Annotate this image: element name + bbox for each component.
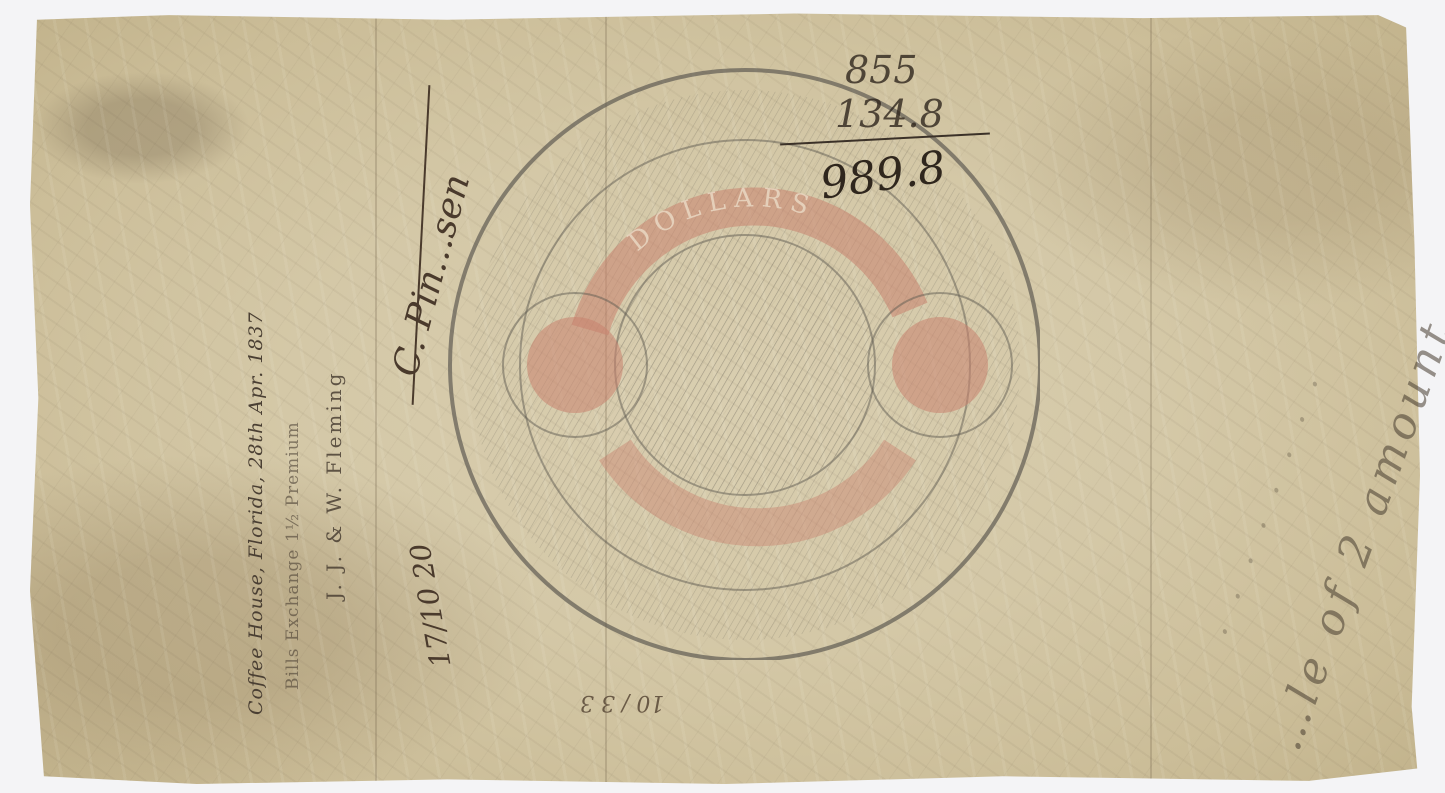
calculation-second: 134.8 [835, 92, 944, 136]
fold-line [1150, 12, 1152, 784]
fold-line [375, 12, 377, 784]
margin-note-middle: 10 / 3 3 [580, 690, 664, 715]
seal-emblem: DOLLARS [440, 60, 1040, 660]
calculation-first: 855 [845, 48, 918, 92]
printed-line-exchange: Bills Exchange 1½ Premium [283, 421, 303, 690]
printed-line-location-date: Coffee House, Florida, 28th Apr. 1837 [245, 311, 267, 715]
printed-line-firm: J. J. & W. Fleming [322, 371, 346, 600]
